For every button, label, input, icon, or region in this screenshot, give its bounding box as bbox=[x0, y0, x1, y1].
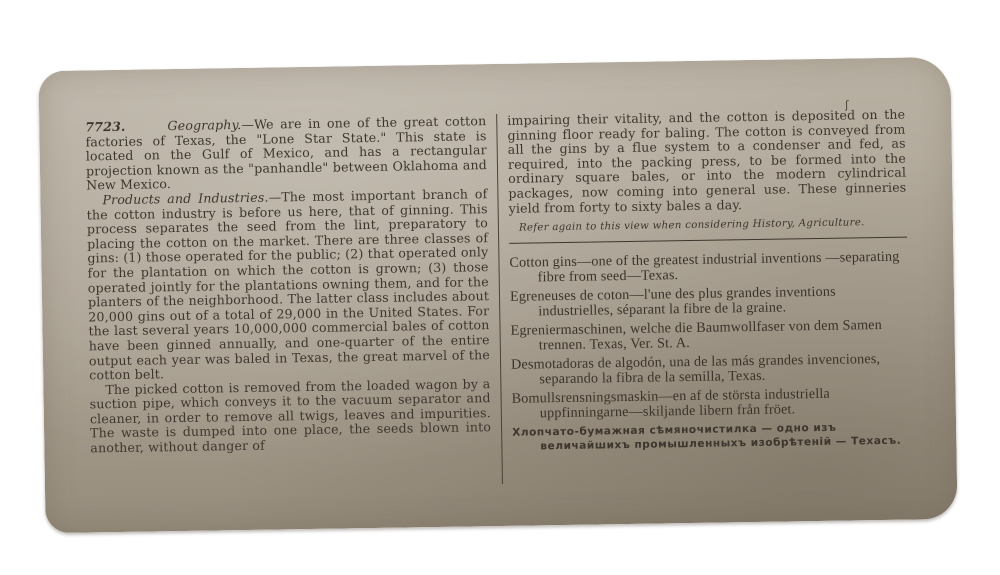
caption-german: Egreniermaschinen, welche die Baumwollfa… bbox=[510, 317, 908, 353]
continued-paragraph: impairing their vitality, and the cotton… bbox=[507, 108, 907, 216]
photo-backdrop: ʃ 7723.Geography.—We are in one of the g… bbox=[0, 0, 1000, 575]
stereoview-card-back: ʃ 7723.Geography.—We are in one of the g… bbox=[38, 57, 957, 533]
right-column: impairing their vitality, and the cotton… bbox=[497, 108, 911, 484]
section-divider bbox=[509, 236, 907, 243]
products-paragraph: Products and Industries.—The most import… bbox=[86, 187, 490, 383]
left-column: 7723.Geography.—We are in one of the gre… bbox=[85, 114, 503, 490]
products-text: —The most important branch of the cotton… bbox=[87, 186, 490, 382]
card-text-body: 7723.Geography.—We are in one of the gre… bbox=[85, 108, 911, 491]
caption-swedish: Bomullsrensningsmaskin—en af de största … bbox=[512, 385, 910, 421]
caption-french: Egreneuses de coton—l'une des plus grand… bbox=[510, 283, 908, 319]
card-number: 7723. bbox=[85, 119, 125, 135]
refer-again-note: Refer again to this view when considerin… bbox=[519, 216, 907, 237]
geography-text: —We are in one of the great cotton facto… bbox=[85, 113, 487, 193]
caption-russian: Хлопчато-бумажная сѣмяночистилка — одно … bbox=[512, 419, 910, 453]
geography-paragraph: 7723.Geography.—We are in one of the gre… bbox=[85, 114, 487, 193]
process-text: The picked cotton is removed from the lo… bbox=[90, 376, 492, 456]
process-paragraph: The picked cotton is removed from the lo… bbox=[89, 377, 491, 456]
caption-spanish: Desmotadoras de algodón, una de las más … bbox=[511, 351, 909, 387]
geography-heading: Geography. bbox=[167, 117, 241, 133]
caption-english: Cotton gins—one of the greatest industri… bbox=[509, 249, 907, 285]
